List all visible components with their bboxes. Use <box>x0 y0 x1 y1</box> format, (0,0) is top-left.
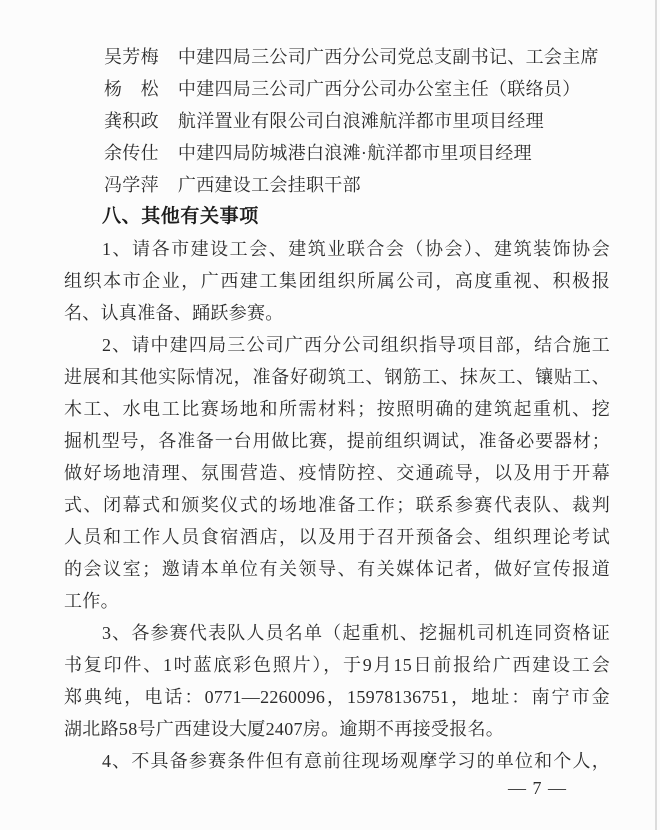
paragraph-line: 组织本市企业，广西建工集团组织所属公司，高度重视、积极报 <box>64 265 610 297</box>
paragraph-line: 4、不具备参赛条件但有意前往现场观摩学习的单位和个人， <box>64 745 610 777</box>
attendee-name: 龚积政 <box>104 105 159 137</box>
attendee-title: 航洋置业有限公司白浪滩航洋都市里项目经理 <box>178 111 544 131</box>
attendee-list: 吴芳梅中建四局三公司广西分公司党总支副书记、工会主席 杨 松中建四局三公司广西分… <box>64 41 610 201</box>
attendee-row: 龚积政航洋置业有限公司白浪滩航洋都市里项目经理 <box>104 105 610 137</box>
attendee-row: 冯学萍广西建设工会挂职干部 <box>104 169 610 201</box>
paragraph-line: 的会议室；邀请本单位有关领导、有关媒体记者，做好宣传报道 <box>64 553 610 585</box>
paragraph-line: 工作。 <box>64 585 610 617</box>
paragraph-line: 湖北路58号广西建设大厦2407房。逾期不再接受报名。 <box>64 713 610 745</box>
page-number: — 7 — <box>508 778 567 799</box>
scan-edge-line <box>655 0 657 830</box>
paragraph-line: 1、请各市建设工会、建筑业联合会（协会）、建筑装饰协会 <box>64 233 610 265</box>
document-content: 吴芳梅中建四局三公司广西分公司党总支副书记、工会主席 杨 松中建四局三公司广西分… <box>64 41 610 777</box>
paragraph-line: 木工、水电工比赛场地和所需材料；按照明确的建筑起重机、挖 <box>64 393 610 425</box>
attendee-name: 吴芳梅 <box>104 41 159 73</box>
paragraph-line: 郑典纯，电话：0771—2260096，15978136751，地址：南宁市金 <box>64 681 610 713</box>
attendee-title: 中建四局三公司广西分公司办公室主任（联络员） <box>178 79 581 99</box>
attendee-title: 中建四局防城港白浪滩·航洋都市里项目经理 <box>178 143 532 163</box>
paragraph-line: 名、认真准备、踊跃参赛。 <box>64 297 610 329</box>
document-page: 吴芳梅中建四局三公司广西分公司党总支副书记、工会主席 杨 松中建四局三公司广西分… <box>0 0 660 830</box>
paragraph-4: 4、不具备参赛条件但有意前往现场观摩学习的单位和个人， <box>64 745 610 777</box>
paragraph-1: 1、请各市建设工会、建筑业联合会（协会）、建筑装饰协会 组织本市企业，广西建工集… <box>64 233 610 329</box>
attendee-name: 杨 松 <box>104 73 159 105</box>
attendee-title: 中建四局三公司广西分公司党总支副书记、工会主席 <box>178 47 599 67</box>
paragraph-line: 人员和工作人员食宿酒店，以及用于召开预备会、组织理论考试 <box>64 521 610 553</box>
paragraph-line: 式、闭幕式和颁奖仪式的场地准备工作；联系参赛代表队、裁判 <box>64 489 610 521</box>
paragraph-line: 做好场地清理、氛围营造、疫情防控、交通疏导，以及用于开幕 <box>64 457 610 489</box>
attendee-name: 冯学萍 <box>104 169 159 201</box>
paragraph-line: 掘机型号，各准备一台用做比赛，提前组织调试，准备必要器材； <box>64 425 610 457</box>
paragraph-line: 3、各参赛代表队人员名单（起重机、挖掘机司机连同资格证 <box>64 617 610 649</box>
attendee-name: 余传仕 <box>104 137 159 169</box>
attendee-row: 杨 松中建四局三公司广西分公司办公室主任（联络员） <box>104 73 610 105</box>
paragraph-line: 2、请中建四局三公司广西分公司组织指导项目部，结合施工 <box>64 329 610 361</box>
paragraph-line: 书复印件、1吋蓝底彩色照片），于9月15日前报给广西建设工会 <box>64 649 610 681</box>
attendee-row: 吴芳梅中建四局三公司广西分公司党总支副书记、工会主席 <box>104 41 610 73</box>
paragraph-line: 进展和其他实际情况，准备好砌筑工、钢筋工、抹灰工、镶贴工、 <box>64 361 610 393</box>
section-heading: 八、其他有关事项 <box>64 201 610 233</box>
paragraph-2: 2、请中建四局三公司广西分公司组织指导项目部，结合施工 进展和其他实际情况，准备… <box>64 329 610 617</box>
attendee-title: 广西建设工会挂职干部 <box>178 175 361 195</box>
paragraph-3: 3、各参赛代表队人员名单（起重机、挖掘机司机连同资格证 书复印件、1吋蓝底彩色照… <box>64 617 610 745</box>
attendee-row: 余传仕中建四局防城港白浪滩·航洋都市里项目经理 <box>104 137 610 169</box>
